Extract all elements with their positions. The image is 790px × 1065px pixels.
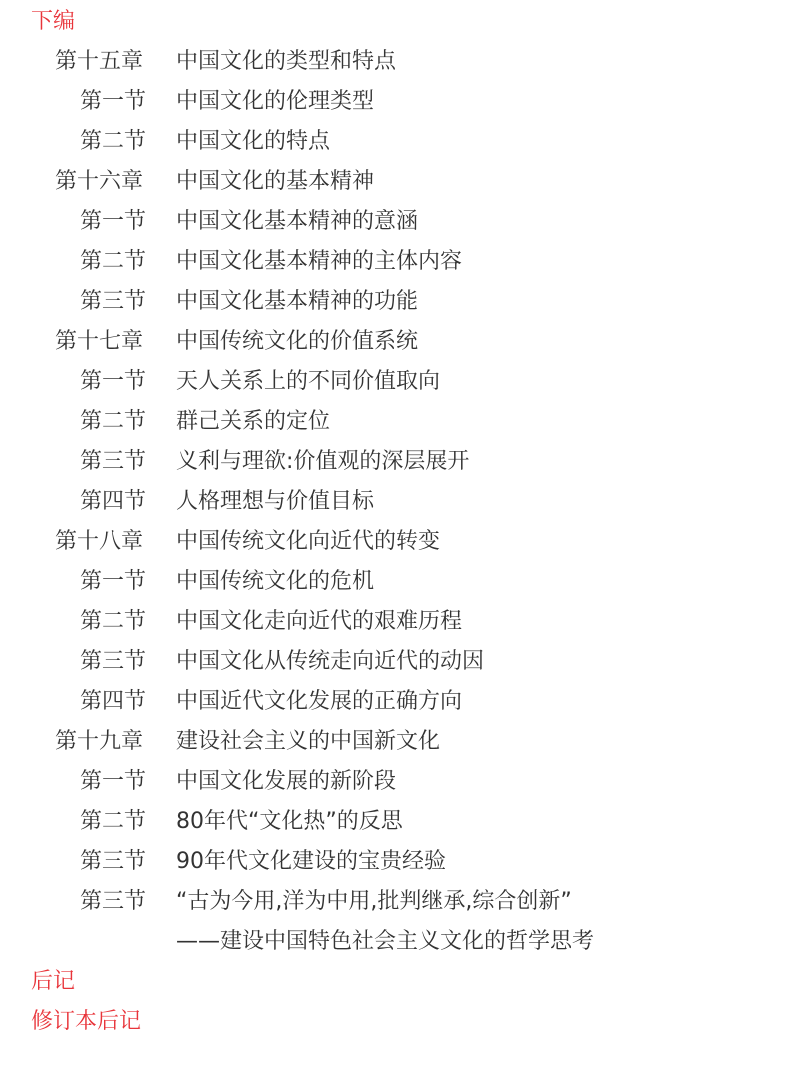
toc-entry-label: 第三节 xyxy=(80,442,146,482)
toc-entry-title: 中国文化发展的新阶段 xyxy=(176,762,396,802)
toc-entry-label: 第十六章 xyxy=(55,162,143,202)
toc-entry-title: 群己关系的定位 xyxy=(176,402,330,442)
toc-entry-title: 中国近代文化发展的正确方向 xyxy=(176,682,462,722)
toc-entry-label: 第一节 xyxy=(80,82,146,122)
toc-entry-title: 80年代“文化热”的反思 xyxy=(176,802,403,842)
toc-part-heading[interactable]: 下编 xyxy=(31,2,75,42)
toc-entry-label: 第四节 xyxy=(80,482,146,522)
toc-entry-label: 第十八章 xyxy=(55,522,143,562)
toc-entry-label: 第一节 xyxy=(80,562,146,602)
toc-entry-label: 第二节 xyxy=(80,122,146,162)
toc-entry-title: 中国传统文化的价值系统 xyxy=(176,322,418,362)
toc-entry-title: 中国文化的伦理类型 xyxy=(176,82,374,122)
toc-entry-label: 第一节 xyxy=(80,362,146,402)
toc-entry-title: 义利与理欲:价值观的深层展开 xyxy=(176,442,469,482)
toc-entry-title: 中国文化基本精神的功能 xyxy=(176,282,418,322)
toc-entry-title: 中国传统文化的危机 xyxy=(176,562,374,602)
toc-entry-title: 中国文化走向近代的艰难历程 xyxy=(176,602,462,642)
toc-entry-title: 中国文化的类型和特点 xyxy=(176,42,396,82)
toc-entry-label: 第二节 xyxy=(80,602,146,642)
toc-entry-label: 第三节 xyxy=(80,642,146,682)
toc-entry-label: 第一节 xyxy=(80,202,146,242)
toc-entry-label: 第三节 xyxy=(80,842,146,882)
toc-entry-title: “古为今用,洋为中用,批判继承,综合创新” xyxy=(176,882,572,922)
toc-entry-title: 中国文化基本精神的意涵 xyxy=(176,202,418,242)
toc-entry-label: 第十九章 xyxy=(55,722,143,762)
toc-entry-title: 天人关系上的不同价值取向 xyxy=(176,362,440,402)
toc-entry-title: 中国文化的特点 xyxy=(176,122,330,162)
toc-entry-title: 中国传统文化向近代的转变 xyxy=(176,522,440,562)
toc-entry-label: 第一节 xyxy=(80,762,146,802)
toc-entry-title: 90年代文化建设的宝贵经验 xyxy=(176,842,446,882)
toc-entry-label: 第二节 xyxy=(80,242,146,282)
toc-entry-title: 中国文化基本精神的主体内容 xyxy=(176,242,462,282)
toc-entry-title: 中国文化从传统走向近代的动因 xyxy=(176,642,484,682)
toc-entry-label: 第三节 xyxy=(80,282,146,322)
toc-part-heading[interactable]: 修订本后记 xyxy=(31,1002,141,1042)
toc-entry-label: 第十七章 xyxy=(55,322,143,362)
toc-entry-title: 建设社会主义的中国新文化 xyxy=(176,722,440,762)
toc-entry-label: 第二节 xyxy=(80,802,146,842)
toc-entry-label: 第三节 xyxy=(80,882,146,922)
toc-entry-title: ——建设中国特色社会主义文化的哲学思考 xyxy=(176,922,594,962)
toc-entry-label: 第十五章 xyxy=(55,42,143,82)
toc-entry-label: 第二节 xyxy=(80,402,146,442)
toc-entry-label: 第四节 xyxy=(80,682,146,722)
toc-entry-title: 中国文化的基本精神 xyxy=(176,162,374,202)
toc-part-heading[interactable]: 后记 xyxy=(31,962,75,1002)
toc-entry-title: 人格理想与价值目标 xyxy=(176,482,374,522)
